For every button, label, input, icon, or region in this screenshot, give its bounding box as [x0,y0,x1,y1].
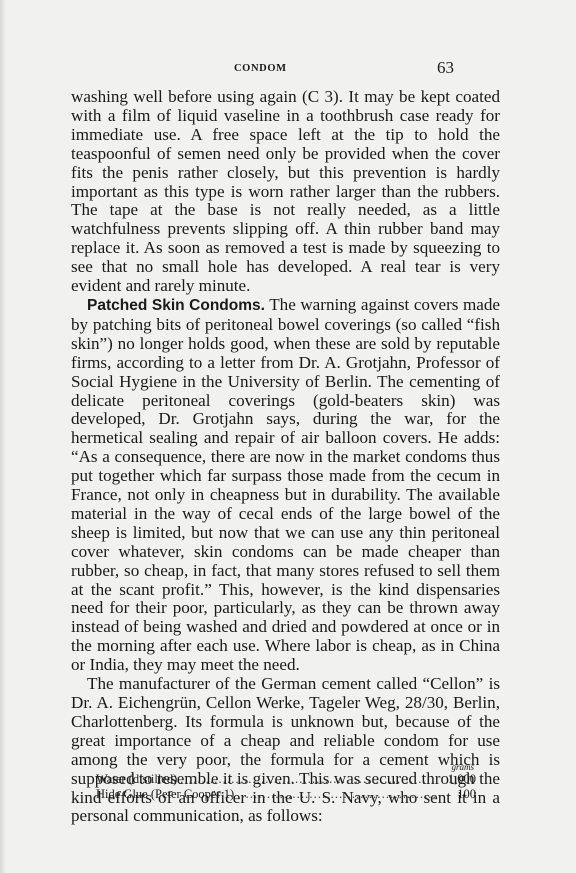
page-gutter-shadow [0,0,6,873]
dot-leader [180,772,437,787]
formula-ingredient: Water (distilled) [96,772,177,787]
dot-leader [237,787,437,802]
paragraph-text: washing well before using again (C 3). I… [71,87,500,295]
page-number: 63 [437,58,454,78]
paragraph-text: The warning against covers made by patch… [71,295,500,674]
running-title: CONDOM [234,63,287,74]
formula-amount: 1,000 [440,772,476,787]
paragraph-continuation: washing well before using again (C 3). I… [71,88,500,296]
formula-ingredient: Hide Glue (Peter Cooper 1) [96,787,234,802]
formula-amount: 100 [440,787,476,802]
paragraph-patched-skin-condoms: Patched Skin Condoms. The warning agains… [71,296,500,675]
running-head: CONDOM 63 [0,60,576,80]
paragraph-text: The manufacturer of the German cement ca… [71,674,500,825]
formula-row: Water (distilled) 1,000 [96,772,476,787]
section-heading: Patched Skin Condoms. [87,297,265,314]
body-text: washing well before using again (C 3). I… [71,88,500,826]
formula-row: Hide Glue (Peter Cooper 1) 100 [96,787,476,802]
units-label: grams [96,762,476,772]
formula-table: grams Water (distilled) 1,000 Hide Glue … [96,762,476,801]
paragraph-cellon: The manufacturer of the German cement ca… [71,675,500,826]
book-page: CONDOM 63 washing well before using agai… [0,0,576,873]
